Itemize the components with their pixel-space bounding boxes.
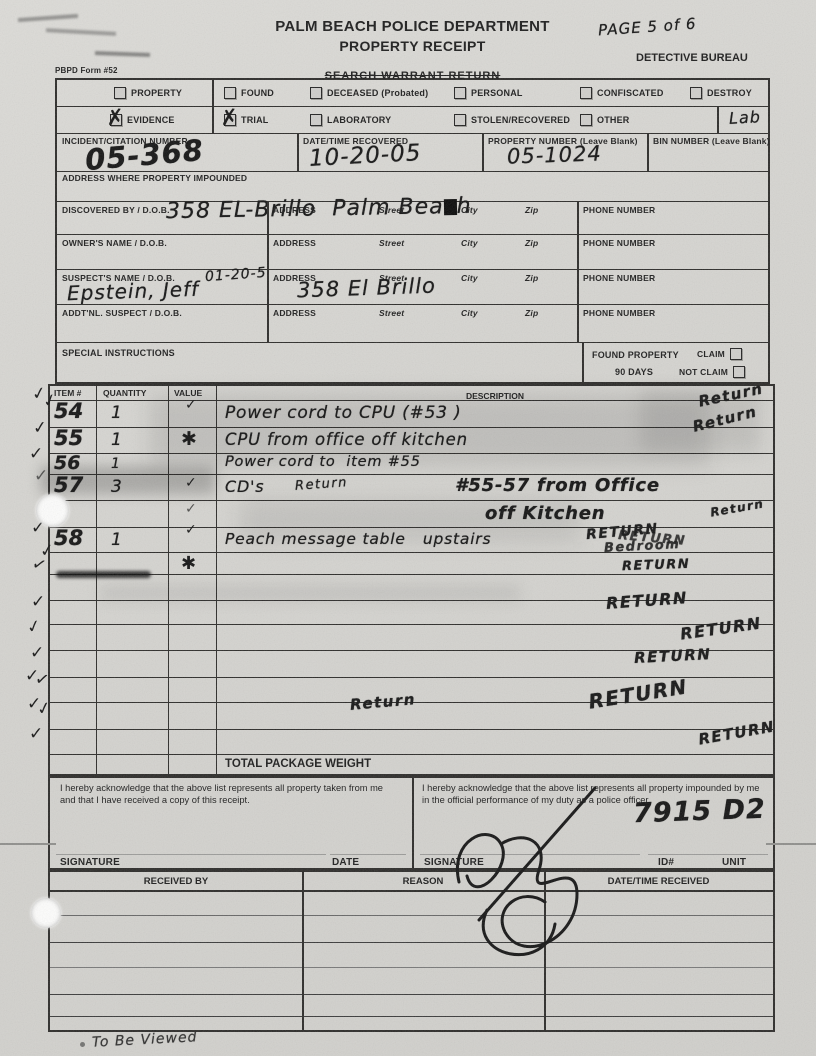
item-row-57-continued: ✓ off Kitchen [50, 501, 773, 528]
street-label: Street [379, 238, 404, 248]
item-value-mark: ✓ [185, 475, 197, 491]
city-label: City [461, 205, 478, 215]
received-header-row: RECEIVED BY REASON DATE/TIME RECEIVED [50, 872, 773, 892]
phone-label: PHONE NUMBER [583, 273, 655, 283]
city-label: City [461, 238, 478, 248]
zip-label: Zip [525, 205, 538, 215]
checkbox-laboratory [310, 114, 322, 126]
col-item-header: ITEM # [54, 386, 81, 398]
received-row-empty [50, 995, 773, 1017]
signature-label: SIGNATURE [60, 857, 120, 868]
street-label: Street [379, 205, 404, 215]
received-row-empty [50, 892, 773, 916]
zip-label: Zip [525, 238, 538, 248]
scanned-property-receipt-page: PBPD Form #52 PALM BEACH POLICE DEPARTME… [0, 0, 816, 1056]
received-by-header: RECEIVED BY [50, 872, 302, 890]
address-label: ADDRESS [273, 205, 316, 215]
col-description-header: DESCRIPTION [466, 389, 524, 401]
claim-label: CLAIM [697, 349, 725, 359]
checkbox-label: OTHER [597, 115, 630, 125]
found-property-label: FOUND PROPERTY [592, 350, 679, 360]
checkbox-destroy [690, 87, 702, 99]
margin-checkmark: ✓ [29, 724, 43, 744]
x-mark: ✗ [219, 105, 240, 132]
total-weight-row: TOTAL PACKAGE WEIGHT [50, 755, 773, 776]
address-label: ADDRESS [273, 308, 316, 318]
checkbox-property [114, 87, 126, 99]
checkbox-label: TRIAL [241, 115, 269, 125]
x-mark: ✗ [105, 105, 126, 132]
checkbox-not-claim [733, 366, 745, 378]
received-table: RECEIVED BY REASON DATE/TIME RECEIVED [48, 870, 775, 1032]
hole-punch [36, 494, 69, 527]
margin-checkmark: ✓ [30, 643, 44, 663]
suspect-row: SUSPECT'S NAME / D.O.B. 01-20-5 Epstein,… [57, 270, 768, 305]
item-description: CPU from office off kitchen [225, 430, 468, 449]
return-annotation: RETURN [622, 557, 691, 574]
id-unit-handwritten: 7915 D2 [632, 794, 766, 830]
item-table: ITEM # QUANTITY VALUE DESCRIPTION 54 1 ✓… [48, 384, 775, 776]
return-type-strikethrough: SEARCH WARRANT RETURN [55, 70, 770, 82]
total-package-weight-label: TOTAL PACKAGE WEIGHT [225, 758, 371, 770]
suspect-name-value: Epstein, Jeff [67, 277, 200, 306]
address-label: ADDRESS [273, 238, 316, 248]
margin-checkmark: ✓ [25, 616, 44, 639]
item-value-mark: ✓ [185, 522, 197, 538]
item-quantity: 1 [111, 403, 122, 423]
item-value-mark: ✱ [181, 428, 197, 450]
item-value-mark: ✓ [185, 397, 197, 413]
item-quantity: 3 [111, 477, 122, 497]
checkbox-label: EVIDENCE [127, 115, 175, 125]
not-claim-label: NOT CLAIM [679, 367, 728, 377]
received-row-empty [50, 1017, 773, 1036]
officer-signature [425, 782, 615, 972]
checkbox-label: STOLEN/RECOVERED [471, 115, 570, 125]
special-instructions-row: SPECIAL INSTRUCTIONS FOUND PROPERTY 90 D… [57, 343, 768, 386]
item-description: Power cord to item #55 [225, 454, 421, 470]
checkbox-personal [454, 87, 466, 99]
checkbox-other [580, 114, 592, 126]
item-row-57: 57 3 ✓ CD's #55-57 from Office [50, 475, 773, 501]
item-row-empty [50, 730, 773, 755]
city-label: City [461, 273, 478, 283]
item-description: Peach message table upstairs [225, 530, 491, 548]
suspect-address-value: 358 El Brillo [297, 274, 437, 303]
checkbox-trial: ✗ [224, 114, 236, 126]
top-form-table: PROPERTY FOUND DECEASED (Probated) PERSO… [55, 78, 770, 384]
checkbox-stolen-recovered [454, 114, 466, 126]
margin-checkmark: ✓ [30, 553, 49, 576]
classification-row-1: PROPERTY FOUND DECEASED (Probated) PERSO… [57, 80, 768, 107]
special-instructions-label: SPECIAL INSTRUCTIONS [62, 348, 175, 358]
zip-label: Zip [525, 308, 538, 318]
checkbox-deceased [310, 87, 322, 99]
zip-label: Zip [525, 273, 538, 283]
checkbox-label: PROPERTY [131, 88, 182, 98]
checkbox-label: LABORATORY [327, 115, 391, 125]
phone-label: PHONE NUMBER [583, 308, 655, 318]
additional-suspect-row: ADDT'NL. SUSPECT / D.O.B. ADDRESS Street… [57, 305, 768, 343]
margin-checkmark: ✓ [32, 417, 48, 438]
acknowledgment-left-text: I hereby acknowledge that the above list… [60, 782, 390, 806]
street-label: Street [379, 308, 404, 318]
item-value-mark: ✱ [181, 553, 196, 574]
pen-dot [80, 1042, 85, 1047]
margin-checkmark: ✓ [31, 592, 45, 612]
item-header-row: ITEM # QUANTITY VALUE DESCRIPTION [50, 386, 773, 401]
checkbox-label: CONFISCATED [597, 88, 664, 98]
item-quantity: 1 [111, 430, 122, 450]
item-row-54: 54 1 ✓ Power cord to CPU (#53 ) [50, 401, 773, 428]
checkbox-label: DECEASED (Probated) [327, 88, 428, 98]
item-description: Power cord to CPU (#53 ) [225, 403, 462, 423]
incident-row: INCIDENT/CITATION NUMBER 05-368 DATE/TIM… [57, 134, 768, 172]
unit-label: UNIT [722, 857, 746, 868]
col-quantity-header: QUANTITY [103, 386, 146, 398]
item-quantity: 1 [111, 530, 122, 550]
item-quantity: 1 [111, 456, 120, 472]
item-row-56: 56 1 Power cord to item #55 [50, 454, 773, 475]
checkbox-label: FOUND [241, 88, 274, 98]
owner-label: OWNER'S NAME / D.O.B. [62, 238, 167, 248]
item-value-mark: ✓ [185, 501, 197, 517]
suspect-dob-value: 01-20-5 [205, 265, 268, 285]
checkbox-label: PERSONAL [471, 88, 523, 98]
classification-row-2: ✗EVIDENCE ✗TRIAL LABORATORY STOLEN/RECOV… [57, 107, 768, 134]
date-recovered-value: 10-20-05 [308, 140, 422, 172]
city-label: City [461, 308, 478, 318]
checkbox-confiscated [580, 87, 592, 99]
item-note: off Kitchen [485, 503, 605, 524]
ninety-days-label: 90 DAYS [615, 367, 653, 377]
discovered-by-row: DISCOVERED BY / D.O.B. ADDRESS Street Ci… [57, 202, 768, 235]
checkbox-label: DESTROY [707, 88, 752, 98]
received-row-empty [50, 968, 773, 995]
phone-label: PHONE NUMBER [583, 238, 655, 248]
bureau-title: DETECTIVE BUREAU [636, 52, 748, 64]
margin-checkmark: ✓ [34, 466, 48, 486]
addtl-suspect-label: ADDT'NL. SUSPECT / D.O.B. [62, 308, 182, 318]
checkbox-found [224, 87, 236, 99]
item-note: #55-57 from Office [455, 475, 660, 496]
received-row-empty [50, 943, 773, 968]
item-number: 55 [54, 426, 83, 450]
phone-label: PHONE NUMBER [583, 205, 655, 215]
property-number-value: 05-1024 [507, 141, 603, 168]
bin-number-label: BIN NUMBER (Leave Blank) [653, 136, 770, 146]
checkbox-claim [730, 348, 742, 360]
received-row-empty [50, 916, 773, 943]
discovered-by-label: DISCOVERED BY / D.O.B. [62, 205, 170, 215]
address-impounded-row: ADDRESS WHERE PROPERTY IMPOUNDED 358 EL-… [57, 172, 768, 202]
margin-checkmark: ✓ [29, 444, 43, 464]
checkbox-evidence: ✗ [110, 114, 122, 126]
item-description: CD's [225, 477, 264, 496]
owner-row: OWNER'S NAME / D.O.B. ADDRESS Street Cit… [57, 235, 768, 270]
id-label: ID# [658, 857, 674, 868]
date-label: DATE [332, 857, 359, 868]
hole-punch [31, 898, 61, 928]
item-number: 57 [54, 473, 83, 497]
item-row-55: 55 1 ✱ CPU from office off kitchen [50, 428, 773, 454]
other-note-handwritten: Lab [729, 107, 762, 128]
item-number: 58 [54, 526, 83, 550]
item-number: 56 [54, 452, 80, 474]
